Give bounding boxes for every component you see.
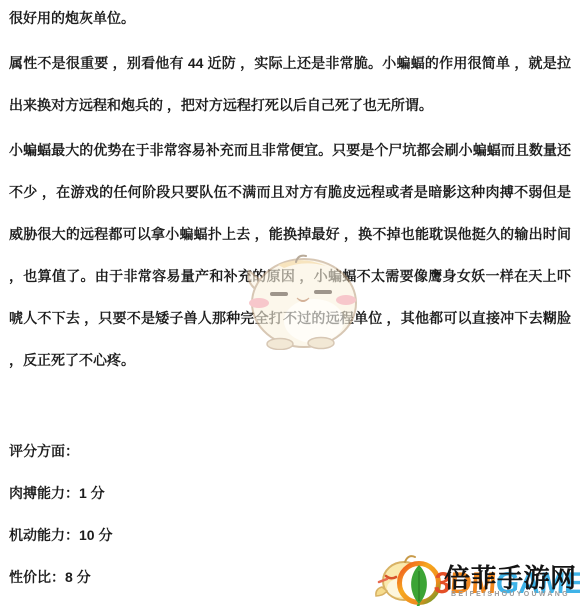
rating-mobility: 机动能力：10 分 [9, 514, 571, 556]
paragraph-advantages: 小蝙蝠最大的优势在于非常容易补充而且非常便宜。只要是个尸坑都会刷小蝙蝠而且数量还… [9, 129, 571, 381]
rating-cost-value: 性价比：8 分 [9, 556, 571, 598]
paragraph-intro: 很好用的炮灰单位。 [9, 0, 571, 39]
rating-melee: 肉搏能力：1 分 [9, 472, 571, 514]
rating-section-title: 评分方面： [9, 430, 571, 472]
article-body: 很好用的炮灰单位。 属性不是很重要 ，别看他有 44 近防 ，实际上还是非常脆。… [0, 0, 580, 598]
paragraph-attributes: 属性不是很重要 ，别看他有 44 近防 ，实际上还是非常脆。小蝙蝠的作用很简单 … [9, 42, 571, 126]
article-page: { "page": { "background": "#ffffff", "te… [0, 0, 580, 606]
